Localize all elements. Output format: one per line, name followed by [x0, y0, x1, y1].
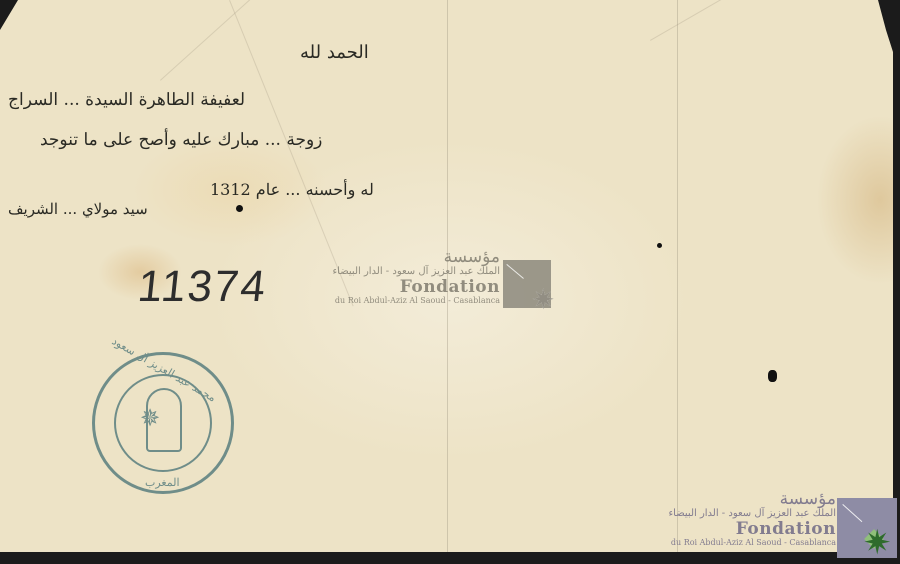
watermark-arabic-title: مؤسسة — [330, 248, 500, 266]
handwritten-line: له وأحسنه ... عام 1312 — [210, 180, 374, 199]
watermark-arabic-title: مؤسسة — [628, 490, 836, 508]
watermark-latin-title: Fondation — [330, 278, 500, 296]
watermark-latin-subtitle: du Roi Abdul-Aziz Al Saoud - Casablanca — [628, 538, 836, 548]
watermark-center: مؤسسة الملك عبد العزيز آل سعود - الدار ا… — [330, 248, 500, 306]
fold-line — [677, 0, 678, 552]
watermark-latin-title: Fondation — [628, 520, 836, 538]
watermark-corner: مؤسسة الملك عبد العزيز آل سعود - الدار ا… — [628, 490, 836, 548]
crease — [160, 0, 384, 81]
star-emblem-icon: ✵ — [140, 406, 160, 430]
ink-blot — [657, 243, 662, 248]
official-seal: ✵ محمد عبد العزيز آل سعود المغرب — [92, 352, 234, 494]
seal-text: المغرب — [145, 476, 180, 489]
handwritten-line: لعفيفة الطاهرة السيدة ... السراج — [8, 90, 245, 110]
heading-text: الحمد لله — [300, 42, 369, 63]
ink-blot — [236, 205, 243, 212]
watermark-latin-subtitle: du Roi Abdul-Aziz Al Saoud - Casablanca — [330, 296, 500, 306]
foundation-logo-icon: ✷ — [837, 498, 897, 558]
archive-number: 11374 — [135, 262, 269, 312]
foundation-logo-icon: ✷ — [503, 260, 551, 308]
handwritten-line: سيد مولاي ... الشريف — [8, 200, 148, 218]
ink-blot — [768, 370, 777, 382]
handwritten-line: زوجة ... مبارك عليه وأصح على ما تنوجد — [40, 130, 322, 150]
manuscript-paper: الحمد لله لعفيفة الطاهرة السيدة ... السر… — [0, 0, 900, 552]
